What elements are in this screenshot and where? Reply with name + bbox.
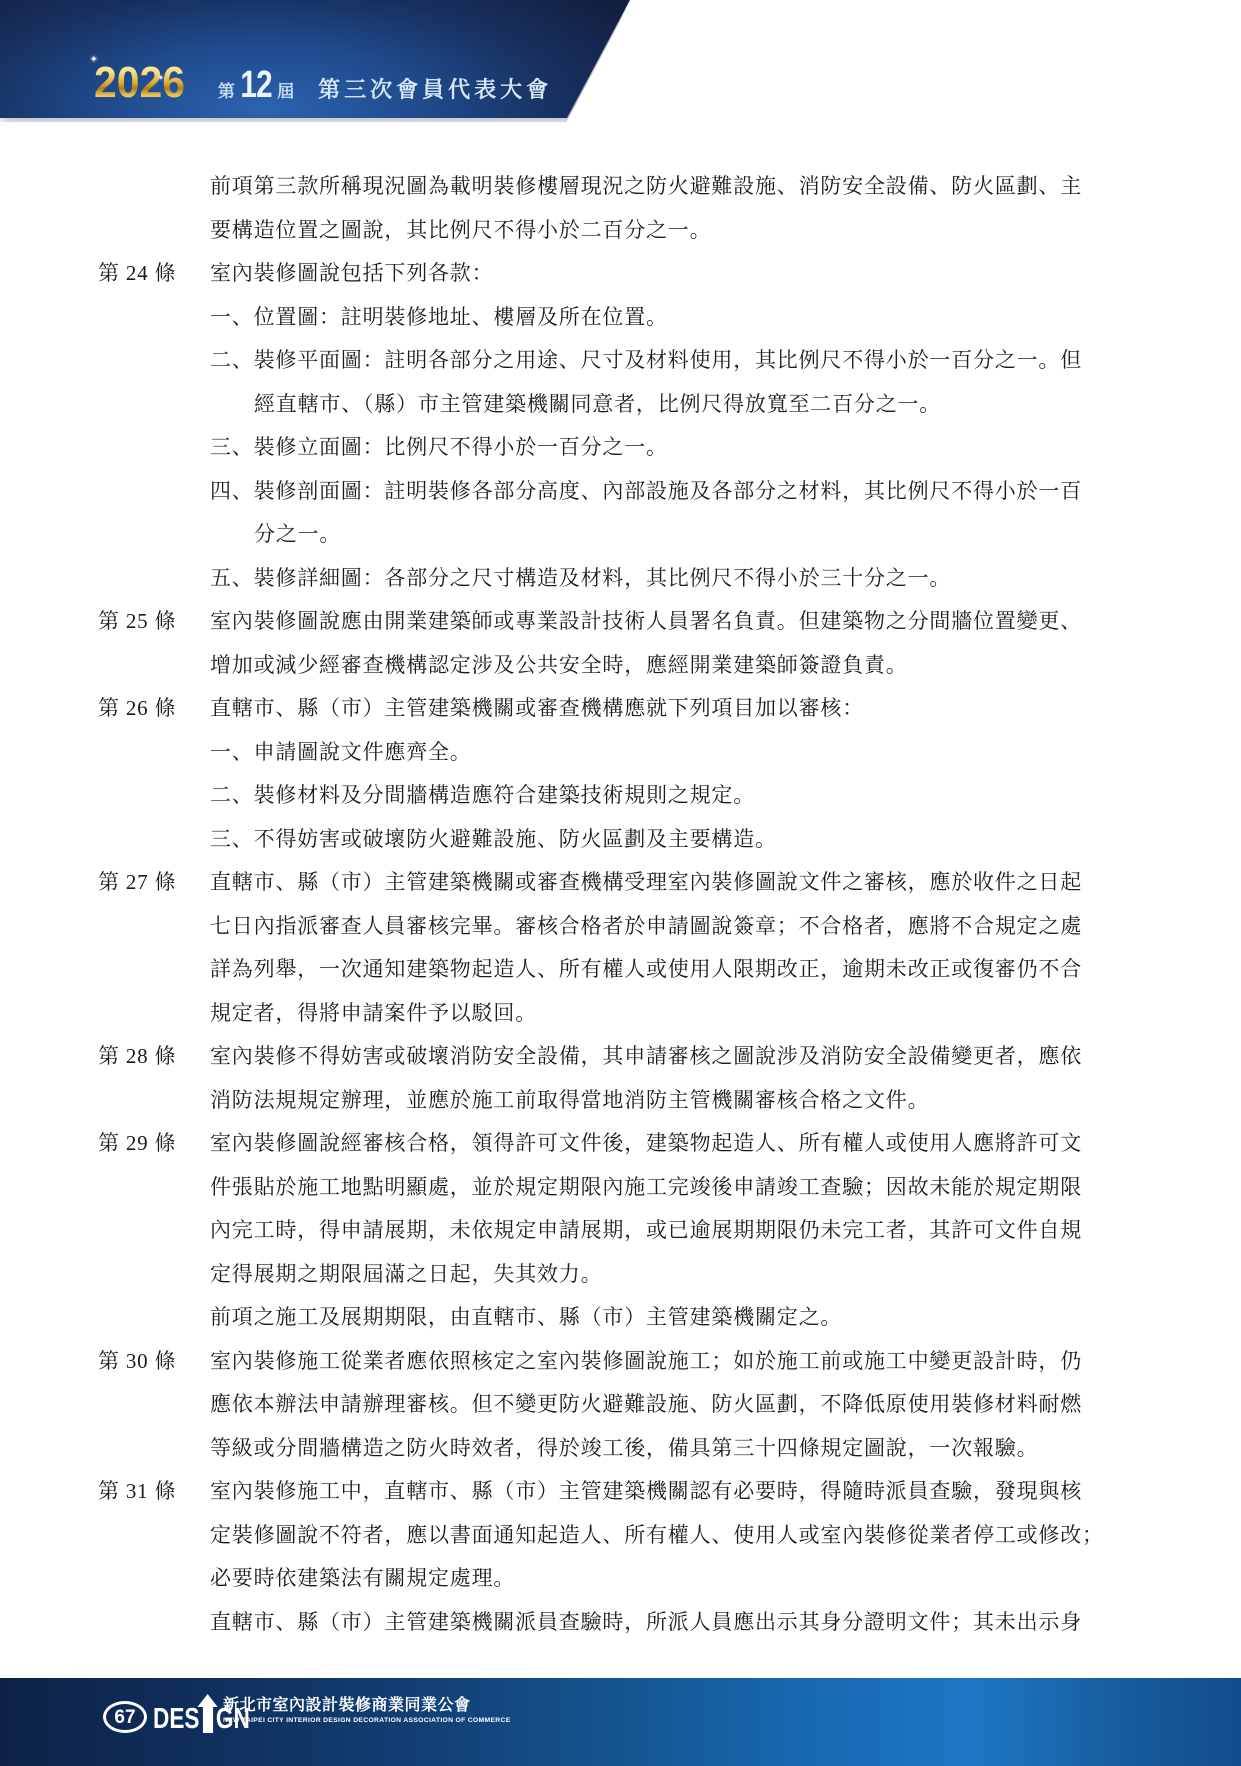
footer-bar: 67 DES GN 新北市室內設計裝修商業同業公會 NEW TAIPEI CIT…	[0, 1678, 1241, 1766]
document-line: 前項之施工及展期期限，由直轄市、縣（市）主管建築機關定之。	[98, 1296, 1158, 1340]
document-line: 第 24 條 室內裝修圖說包括下列各款：	[98, 252, 1158, 296]
document-line: 三、不得妨害或破壞防火避難設施、防火區劃及主要構造。	[98, 818, 1158, 862]
document-line: 直轄市、縣（市）主管建築機關派員查驗時，所派人員應出示其身分證明文件；其未出示身	[98, 1601, 1158, 1645]
article-number	[98, 905, 210, 949]
document-line: 消防法規規定辦理，並應於施工前取得當地消防主管機關審核合格之文件。	[98, 1079, 1158, 1123]
article-number	[98, 557, 210, 601]
organization-name: 新北市室內設計裝修商業同業公會 NEW TAIPEI CITY INTERIOR…	[223, 1697, 511, 1725]
article-text: 室內裝修圖說包括下列各款：	[210, 252, 493, 296]
article-number: 第 30 條	[98, 1340, 210, 1384]
article-text: 件張貼於施工地點明顯處，並於規定期限內施工完竣後申請竣工查驗；因故未能於規定期限	[210, 1166, 1082, 1210]
document-line: 五、裝修詳細圖：各部分之尺寸構造及材料，其比例尺不得小於三十分之一。	[98, 557, 1158, 601]
sparkle-icon: ✦	[158, 75, 164, 82]
article-text: 三、裝修立面圖：比例尺不得小於一百分之一。	[210, 426, 668, 470]
article-number: 第 24 條	[98, 252, 210, 296]
organization-name-zh: 新北市室內設計裝修商業同業公會	[223, 1697, 511, 1715]
article-text: 一、申請圖說文件應齊全。	[210, 731, 472, 775]
article-number	[98, 1557, 210, 1601]
article-text: 三、不得妨害或破壞防火避難設施、防火區劃及主要構造。	[210, 818, 777, 862]
article-text: 二、裝修平面圖：註明各部分之用途、尺寸及材料使用，其比例尺不得小於一百分之一。但	[210, 339, 1082, 383]
article-text: 室內裝修施工從業者應依照核定之室內裝修圖說施工；如於施工前或施工中變更設計時，仍	[210, 1340, 1082, 1384]
article-number: 第 29 條	[98, 1122, 210, 1166]
article-text: 室內裝修不得妨害或破壞消防安全設備，其申請審核之圖說涉及消防安全設備變更者，應依	[210, 1035, 1082, 1079]
article-text: 等級或分間牆構造之防火時效者，得於竣工後，備具第三十四條規定圖說，一次報驗。	[210, 1427, 1038, 1471]
article-text: 直轄市、縣（市）主管建築機關或審查機構應就下列項目加以審核：	[210, 687, 864, 731]
document-line: 四、裝修剖面圖：註明裝修各部分高度、內部設施及各部分之材料，其比例尺不得小於一百	[98, 470, 1158, 514]
article-number	[98, 383, 210, 427]
article-number	[98, 296, 210, 340]
article-number	[98, 1514, 210, 1558]
document-line: 定裝修圖說不符者，應以書面通知起造人、所有權人、使用人或室內裝修從業者停工或修改…	[98, 1514, 1158, 1558]
article-text: 內完工時，得申請展期，未依規定申請展期，或已逾展期期限仍未完工者，其許可文件自規	[210, 1209, 1082, 1253]
article-number	[98, 209, 210, 253]
page-number-badge: 67	[103, 1701, 147, 1733]
page-number: 67	[114, 1708, 135, 1727]
document-line: 定得展期之期限屆滿之日起，失其效力。	[98, 1253, 1158, 1297]
document-line: 要構造位置之圖說，其比例尺不得小於二百分之一。	[98, 209, 1158, 253]
article-number	[98, 1166, 210, 1210]
session-suffix: 屆	[277, 77, 294, 102]
document-line: 一、申請圖說文件應齊全。	[98, 731, 1158, 775]
document-line: 內完工時，得申請展期，未依規定申請展期，或已逾展期期限仍未完工者，其許可文件自規	[98, 1209, 1158, 1253]
article-number	[98, 644, 210, 688]
article-number	[98, 1253, 210, 1297]
document-page: { "header": { "year": "2026", "session_p…	[0, 0, 1241, 1766]
article-text: 經直轄市、（縣）市主管建築機關同意者，比例尺得放寬至二百分之一。	[210, 383, 941, 427]
article-text: 必要時依建築法有關規定處理。	[210, 1557, 515, 1601]
document-line: 二、裝修材料及分間牆構造應符合建築技術規則之規定。	[98, 774, 1158, 818]
document-line: 等級或分間牆構造之防火時效者，得於竣工後，備具第三十四條規定圖說，一次報驗。	[98, 1427, 1158, 1471]
document-line: 前項第三款所稱現況圖為載明裝修樓層現況之防火避難設施、消防安全設備、防火區劃、主	[98, 165, 1158, 209]
article-number: 第 27 條	[98, 861, 210, 905]
article-number	[98, 426, 210, 470]
document-line: 二、裝修平面圖：註明各部分之用途、尺寸及材料使用，其比例尺不得小於一百分之一。但	[98, 339, 1158, 383]
sparkle-icon: ✦	[90, 55, 98, 64]
document-line: 詳為列舉，一次通知建築物起造人、所有權人或使用人限期改正，逾期未改正或復審仍不合	[98, 948, 1158, 992]
document-line: 增加或減少經審查機構認定涉及公共安全時，應經開業建築師簽證負責。	[98, 644, 1158, 688]
meeting-title: 第三次會員代表大會	[318, 73, 552, 104]
header-content: 2026 ✦ ✦ 第 12 屆 第三次會員代表大會	[94, 61, 552, 105]
article-text: 定裝修圖說不符者，應以書面通知起造人、所有權人、使用人或室內裝修從業者停工或修改…	[210, 1514, 1104, 1558]
article-text: 定得展期之期限屆滿之日起，失其效力。	[210, 1253, 602, 1297]
article-text: 四、裝修剖面圖：註明裝修各部分高度、內部設施及各部分之材料，其比例尺不得小於一百	[210, 470, 1082, 514]
article-text: 增加或減少經審查機構認定涉及公共安全時，應經開業建築師簽證負責。	[210, 644, 908, 688]
article-number	[98, 1296, 210, 1340]
article-text: 五、裝修詳細圖：各部分之尺寸構造及材料，其比例尺不得小於三十分之一。	[210, 557, 951, 601]
document-line: 第 25 條 室內裝修圖說應由開業建築師或專業設計技術人員署名負責。但建築物之分…	[98, 600, 1158, 644]
document-line: 經直轄市、（縣）市主管建築機關同意者，比例尺得放寬至二百分之一。	[98, 383, 1158, 427]
article-text: 前項之施工及展期期限，由直轄市、縣（市）主管建築機關定之。	[210, 1296, 842, 1340]
document-line: 第 31 條 室內裝修施工中，直轄市、縣（市）主管建築機關認有必要時，得隨時派員…	[98, 1470, 1158, 1514]
article-number	[98, 1079, 210, 1123]
document-line: 一、位置圖：註明裝修地址、樓層及所在位置。	[98, 296, 1158, 340]
article-text: 直轄市、縣（市）主管建築機關派員查驗時，所派人員應出示其身分證明文件；其未出示身	[210, 1601, 1082, 1645]
document-line: 第 27 條 直轄市、縣（市）主管建築機關或審查機構受理室內裝修圖說文件之審核，…	[98, 861, 1158, 905]
article-text: 室內裝修圖說應由開業建築師或專業設計技術人員署名負責。但建築物之分間牆位置變更、	[210, 600, 1082, 644]
article-text: 一、位置圖：註明裝修地址、樓層及所在位置。	[210, 296, 668, 340]
document-line: 第 26 條 直轄市、縣（市）主管建築機關或審查機構應就下列項目加以審核：	[98, 687, 1158, 731]
article-number	[98, 1209, 210, 1253]
article-text: 二、裝修材料及分間牆構造應符合建築技術規則之規定。	[210, 774, 755, 818]
article-text: 要構造位置之圖說，其比例尺不得小於二百分之一。	[210, 209, 711, 253]
document-line: 第 29 條 室內裝修圖說經審核合格，領得許可文件後，建築物起造人、所有權人或使…	[98, 1122, 1158, 1166]
article-number	[98, 339, 210, 383]
article-number	[98, 165, 210, 209]
article-number	[98, 1601, 210, 1645]
article-text: 應依本辦法申請辦理審核。但不變更防火避難設施、防火區劃，不降低原使用裝修材料耐燃	[210, 1383, 1082, 1427]
article-number	[98, 992, 210, 1036]
article-number	[98, 948, 210, 992]
article-text: 消防法規規定辦理，並應於施工前取得當地消防主管機關審核合格之文件。	[210, 1079, 929, 1123]
article-text: 室內裝修施工中，直轄市、縣（市）主管建築機關認有必要時，得隨時派員查驗，發現與核	[210, 1470, 1082, 1514]
article-text: 室內裝修圖說經審核合格，領得許可文件後，建築物起造人、所有權人或使用人應將許可文	[210, 1122, 1082, 1166]
document-body: 前項第三款所稱現況圖為載明裝修樓層現況之防火避難設施、消防安全設備、防火區劃、主…	[98, 165, 1158, 1644]
article-number: 第 28 條	[98, 1035, 210, 1079]
article-text: 詳為列舉，一次通知建築物起造人、所有權人或使用人限期改正，逾期未改正或復審仍不合	[210, 948, 1082, 992]
article-text: 分之一。	[210, 513, 341, 557]
document-line: 七日內指派審查人員審核完畢。審核合格者於申請圖說簽章；不合格者，應將不合規定之處	[98, 905, 1158, 949]
article-number: 第 31 條	[98, 1470, 210, 1514]
year-text: 2026	[94, 61, 185, 105]
logo-text-des: DES	[153, 1706, 200, 1733]
document-line: 應依本辦法申請辦理審核。但不變更防火避難設施、防火區劃，不降低原使用裝修材料耐燃	[98, 1383, 1158, 1427]
article-number	[98, 731, 210, 775]
header-banner: 2026 ✦ ✦ 第 12 屆 第三次會員代表大會	[0, 0, 630, 118]
document-line: 規定者，得將申請案件予以駁回。	[98, 992, 1158, 1036]
article-number	[98, 470, 210, 514]
document-line: 必要時依建築法有關規定處理。	[98, 1557, 1158, 1601]
article-number	[98, 818, 210, 862]
article-number	[98, 1427, 210, 1471]
article-text: 前項第三款所稱現況圖為載明裝修樓層現況之防火避難設施、消防安全設備、防火區劃、主	[210, 165, 1082, 209]
session-prefix: 第	[218, 77, 235, 102]
document-line: 三、裝修立面圖：比例尺不得小於一百分之一。	[98, 426, 1158, 470]
session-number: 12	[240, 66, 271, 104]
article-text: 直轄市、縣（市）主管建築機關或審查機構受理室內裝修圖說文件之審核，應於收件之日起	[210, 861, 1082, 905]
house-arrow-icon	[203, 1707, 213, 1733]
organization-name-en: NEW TAIPEI CITY INTERIOR DESIGN DECORATI…	[223, 1717, 511, 1725]
article-text: 七日內指派審查人員審核完畢。審核合格者於申請圖說簽章；不合格者，應將不合規定之處	[210, 905, 1082, 949]
article-text: 規定者，得將申請案件予以駁回。	[210, 992, 537, 1036]
document-line: 第 28 條 室內裝修不得妨害或破壞消防安全設備，其申請審核之圖說涉及消防安全設…	[98, 1035, 1158, 1079]
article-number: 第 25 條	[98, 600, 210, 644]
article-number	[98, 774, 210, 818]
article-number	[98, 513, 210, 557]
document-line: 件張貼於施工地點明顯處，並於規定期限內施工完竣後申請竣工查驗；因故未能於規定期限	[98, 1166, 1158, 1210]
document-line: 分之一。	[98, 513, 1158, 557]
document-line: 第 30 條 室內裝修施工從業者應依照核定之室內裝修圖說施工；如於施工前或施工中…	[98, 1340, 1158, 1384]
article-number: 第 26 條	[98, 687, 210, 731]
article-number	[98, 1383, 210, 1427]
session-label: 第 12 屆	[218, 66, 294, 104]
